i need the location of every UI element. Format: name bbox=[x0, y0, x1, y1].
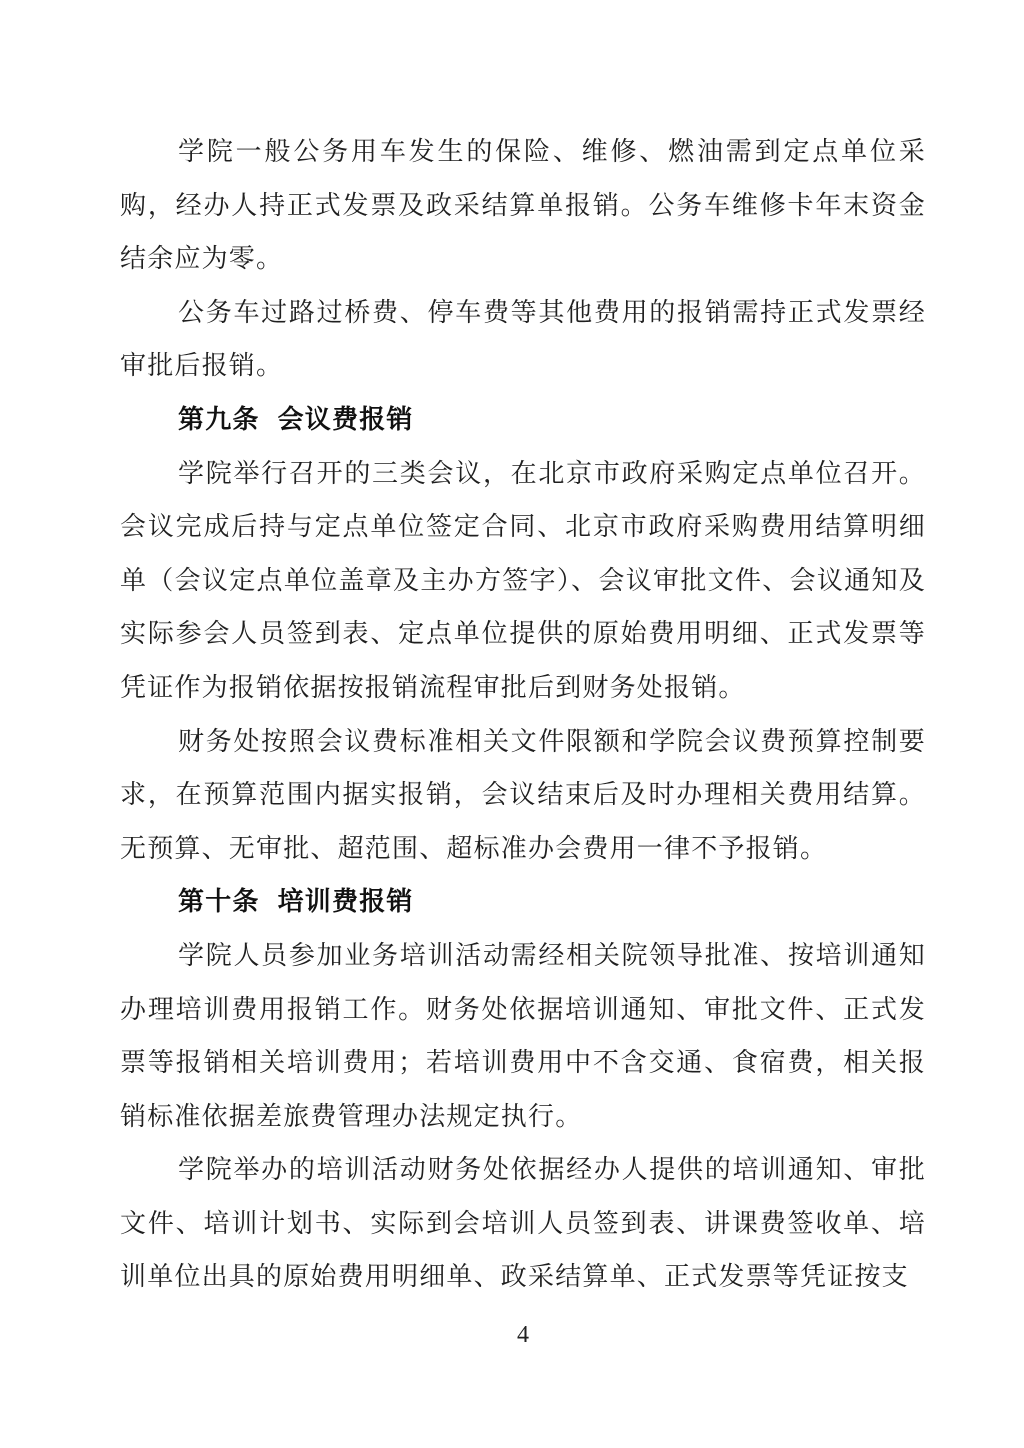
article-number: 第十条 bbox=[178, 887, 260, 916]
paragraph-meeting-budget-control: 财务处按照会议费标准相关文件限额和学院会议费预算控制要求，在预算范围内据实报销，… bbox=[120, 715, 926, 876]
paragraph-training-attendance: 学院人员参加业务培训活动需经相关院领导批准、按培训通知办理培训费用报销工作。财务… bbox=[120, 929, 926, 1143]
section-heading-article-9: 第九条会议费报销 bbox=[120, 393, 926, 447]
article-title: 会议费报销 bbox=[278, 405, 414, 434]
page-number: 4 bbox=[120, 1320, 926, 1350]
document-page: 学院一般公务用车发生的保险、维修、燃油需到定点单位采购，经办人持正式发票及政采结… bbox=[0, 0, 1024, 1448]
article-title: 培训费报销 bbox=[278, 887, 414, 916]
document-body: 学院一般公务用车发生的保险、维修、燃油需到定点单位采购，经办人持正式发票及政采结… bbox=[120, 125, 926, 1304]
paragraph-toll-parking-fees: 公务车过路过桥费、停车费等其他费用的报销需持正式发票经审批后报销。 bbox=[120, 286, 926, 393]
paragraph-vehicle-expense: 学院一般公务用车发生的保险、维修、燃油需到定点单位采购，经办人持正式发票及政采结… bbox=[120, 125, 926, 286]
article-number: 第九条 bbox=[178, 405, 260, 434]
paragraph-training-hosted: 学院举办的培训活动财务处依据经办人提供的培训通知、审批文件、培训计划书、实际到会… bbox=[120, 1143, 926, 1304]
paragraph-meeting-reimbursement: 学院举行召开的三类会议，在北京市政府采购定点单位召开。会议完成后持与定点单位签定… bbox=[120, 447, 926, 715]
section-heading-article-10: 第十条培训费报销 bbox=[120, 875, 926, 929]
